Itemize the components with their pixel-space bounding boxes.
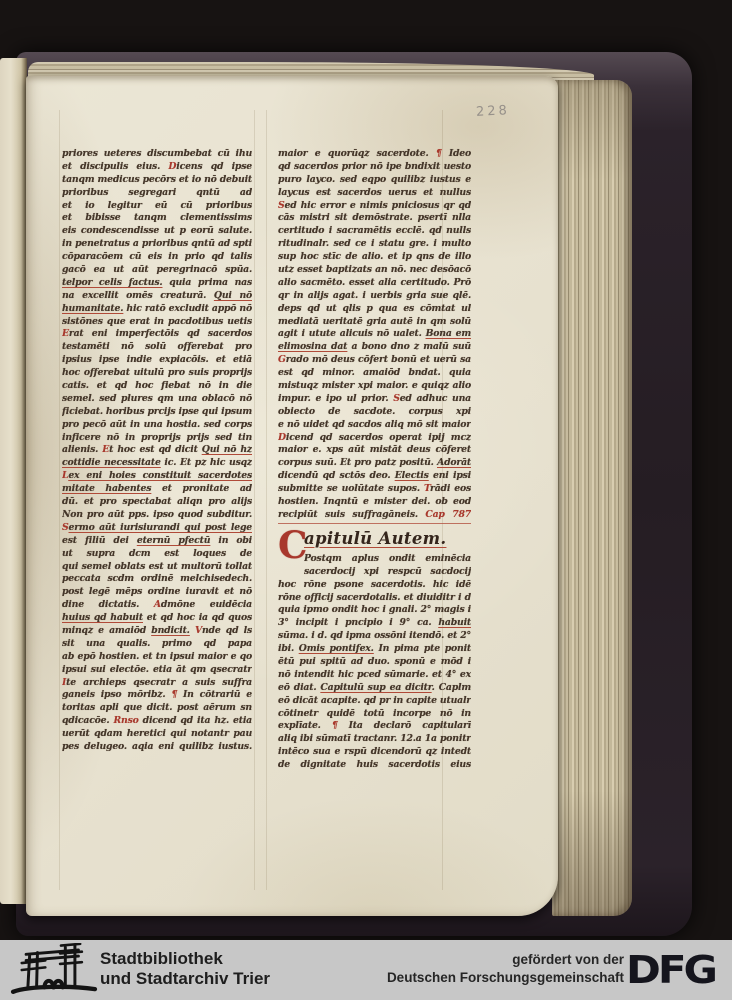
text-column-right: maior e quorūqz sacerdote. ¶ Ideo dixerū… bbox=[278, 148, 471, 772]
manuscript-text-line: ipsius ipse indie expiacōis. et etiā bbox=[62, 354, 252, 367]
manuscript-text-line: e nō uidet qd sacdos aliq mō sit maior i… bbox=[278, 419, 471, 432]
manuscript-text-line: alienis. Et hoc est qd dicit Qui nō hz bbox=[62, 444, 252, 457]
manuscript-text-line: qdicacōe. Rnso dicend qd ita hz. etia bbox=[62, 715, 252, 728]
manuscript-text-line: Sermo aūt iurisiurandi qui post lege bbox=[62, 522, 252, 535]
manuscript-text-line: alio sacmēto. esset alia certitudo. Prō … bbox=[278, 277, 471, 290]
manuscript-text-line: semel. sed plures qm una oblacō nō suf bbox=[62, 393, 252, 406]
manuscript-text-line: Lex eni hoies constituit sacerdotes infi… bbox=[62, 470, 252, 483]
chapter-heading: apitulū Autem. bbox=[278, 527, 471, 553]
library-name-line2: und Stadtarchiv Trier bbox=[100, 969, 270, 989]
manuscript-text-line: cōparacōem cū eis in prio qd talis segre bbox=[62, 251, 252, 264]
manuscript-text-line: deps qd ut qlis p qua es cōmtat ul bbox=[278, 303, 471, 316]
manuscript-text-line: Postqm aplus ondit eminēcia bbox=[304, 553, 471, 566]
manuscript-text-line: ficiebat. horibus prcijs ipse qui ipsum bbox=[62, 406, 252, 419]
dfg-logo: DFG bbox=[626, 948, 726, 992]
manuscript-text-line: testamēti nō solū offerebat pro peccato bbox=[62, 341, 252, 354]
manuscript-text-line: Non pro aūt pps. ipso quod subditur. bbox=[62, 509, 252, 522]
manuscript-text-line: qr in alijs agat. i uerbis gria sue qlē. bbox=[278, 290, 471, 303]
manuscript-text-line: et bibisse tanqm clementissims medicus bbox=[62, 212, 252, 225]
manuscript-text-line: rōne officij sacerdotalis. et diuiditr i… bbox=[278, 592, 471, 605]
manuscript-text-line: 3° incipit i pncipio i 9° ca. habuit qui… bbox=[278, 617, 471, 630]
facing-page-gutter bbox=[0, 58, 27, 904]
ruling-line-left bbox=[59, 110, 60, 890]
manuscript-text-line: ibi. Omis pontifex. In pima pte ponit m bbox=[278, 643, 471, 656]
right-column-lower-text: Postqm aplus ondit eminēciasacerdocij xp… bbox=[278, 553, 471, 772]
manuscript-text-line: catis. et qd hoc fiebat nō in die bbox=[62, 380, 252, 393]
manuscript-text-line: uerūt qdam heretici qui notantr pau bbox=[62, 728, 252, 741]
library-name-line1: Stadtbibliothek bbox=[100, 949, 270, 969]
manuscript-text-line: sūma. i d. qd ipma ossōni itendō. et 2° … bbox=[278, 630, 471, 643]
manuscript-text-line: sacerdocij xpi respcū sacdocij leuitici … bbox=[304, 566, 471, 579]
library-name: Stadtbibliothek und Stadtarchiv Trier bbox=[100, 949, 270, 989]
footer-bar: Stadtbibliothek und Stadtarchiv Trier ge… bbox=[0, 940, 732, 1000]
ruling-line-divider-a bbox=[254, 110, 255, 890]
manuscript-text-line: agit i utute alicuis nō ualet. Bona em bbox=[278, 328, 471, 341]
manuscript-text-line: dicendū qd sctōs deo. Electis eni ipsi bbox=[278, 470, 471, 483]
manuscript-text-line: ritudinalr. sed ce i statu gre. i multo … bbox=[278, 238, 471, 251]
manuscript-text-line: de dignitate huis sacerdotis eius degibu… bbox=[278, 759, 471, 772]
manuscript-text-line: sistōnes que erat in pacdotibus uetis te… bbox=[62, 316, 252, 329]
manuscript-text-line: minqz e amaiōd bndicit. Vnde qd ls nō bbox=[62, 625, 252, 638]
manuscript-text-line: toritas apli que dicit. post aērum sn ul… bbox=[62, 702, 252, 715]
manuscript-text-line: sit una qualis. primo qd papa cōsecratr bbox=[62, 638, 252, 651]
digitized-manuscript-page: 228 priores ueteres discumbebat cū ihuet… bbox=[0, 0, 732, 1000]
manuscript-text-line: Grado mō deus cōfert bonū et uerū sa bbox=[278, 354, 471, 367]
manuscript-text-line: prioribus segregari qntū ad couersacōem bbox=[62, 187, 252, 200]
manuscript-text-line: priores ueteres discumbebat cū ihu bbox=[62, 148, 252, 161]
manuscript-text-line: sup hoc stīc de alio. et ip qns de illo … bbox=[278, 251, 471, 264]
manuscript-text-line: ipsui sui electōe. etia āt qm qsecratr s… bbox=[62, 664, 252, 677]
manuscript-text-line: ētū pui spitū ad duo. sponū e mōd i diui… bbox=[278, 656, 471, 669]
manuscript-text-line: impur. e ipo ul prior. Sed adhuc una bbox=[278, 393, 471, 406]
manuscript-text-line: nō intendit hic pced sūmarie. et 4° ex bbox=[278, 669, 471, 682]
manuscript-text-line: pes delugeo. aqia eni quilibz iustus. bbox=[62, 741, 252, 754]
manuscript-text-line: corpus suū. Et pro patz positū. Adorāt bbox=[278, 457, 471, 470]
manuscript-text-line: huius qd habuit et qd hoc ia qd quos bbox=[62, 612, 252, 625]
manuscript-text-line: quia ipmo ondit hoc i gnali. 2° magis i … bbox=[278, 604, 471, 617]
manuscript-text-line: utz esset baptizats an nō. nec desōacō bbox=[278, 264, 471, 277]
manuscript-text-line: recipiūt suis suffragāneis. Cap 787 bbox=[278, 509, 471, 522]
manuscript-text-line: Erat eni imperfectōis qd sacerdos uetis bbox=[62, 328, 252, 341]
manuscript-text-line: ab epō hostien. et tn ipsui maior e qo bbox=[62, 651, 252, 664]
manuscript-text-line: inficere nō in proprijs prijs sed tin pr… bbox=[62, 432, 252, 445]
manuscript-text-line: dine dictatis. Admōne euidēcia bbox=[62, 599, 252, 612]
manuscript-text-line: et discipulis eius. Dicens qd ipse uenit bbox=[62, 161, 252, 174]
manuscript-text-line: ut supra dcm est loques de sacerdocio xp… bbox=[62, 548, 252, 561]
manuscript-text-line: post legē mēps ordine iuravit et nō peni bbox=[62, 586, 252, 599]
manuscript-text-line: eis condescendisse ut p eorū salute. fui… bbox=[62, 225, 252, 238]
manuscript-text-line: hoc offerebat uitulū pro suis proprijs p… bbox=[62, 367, 252, 380]
manuscript-text-line: mistuqz mister xpi maior. e quiqz alio bbox=[278, 380, 471, 393]
manuscript-text-line: peccata scdm ordinē melchisedech. et io bbox=[62, 573, 252, 586]
manuscript-text-line: laycus est sacerdos uerus et nullus aliu… bbox=[278, 187, 471, 200]
manuscript-text-line: in penetratus a prioribus qntū ad spti bbox=[62, 238, 252, 251]
manuscript-text-line: ganeis ipso mōribz. ¶ In cōtrariū e auc bbox=[62, 689, 252, 702]
manuscript-text-line: est filiū dei eternū pfectū in obi diuin… bbox=[62, 535, 252, 548]
funding-credit-line2: Deutschen Forschungsgemeinschaft bbox=[387, 969, 624, 987]
chapter-initial: C bbox=[278, 527, 304, 567]
manuscript-text-line: eō diat. Capitulū sup ea dicitr. Caplm bbox=[278, 682, 471, 695]
manuscript-text-line: aliq ibi sūmatī tractanr. 12.a 1a ponitr bbox=[278, 733, 471, 746]
manuscript-text-line: cottidie necessitate ic. Et pz hic usqz … bbox=[62, 457, 252, 470]
manuscript-text-line: qd sacerdos prior nō ipe bndixit uesto e… bbox=[278, 161, 471, 174]
manuscript-text-line: maior e quorūqz sacerdote. ¶ Ideo dixerū… bbox=[278, 148, 471, 161]
manuscript-text-line: mitate habentes et pronitate ad pecca bbox=[62, 483, 252, 496]
page-edges-stack-right bbox=[552, 80, 632, 916]
manuscript-text-line: na excellit omēs creaturā. Qui nō bbox=[62, 290, 252, 303]
manuscript-text-line: Sed hic error e nimis pniciosus qr qd pa… bbox=[278, 200, 471, 213]
ruling-line-divider-b bbox=[266, 110, 267, 890]
manuscript-text-line: gacō ea ut aūt peregrinacō spūa. Ergo bbox=[62, 264, 252, 277]
right-column-upper-text: maior e quorūqz sacerdote. ¶ Ideo dixerū… bbox=[278, 148, 471, 522]
manuscript-text-line: puro layco. sed eqpo quilibz iustus e pu… bbox=[278, 174, 471, 187]
manuscript-text-line: certitudo i sacramētis ecclē. qd nulls s… bbox=[278, 225, 471, 238]
manuscript-photo: 228 priores ueteres discumbebat cū ihuet… bbox=[0, 0, 732, 940]
manuscript-text-line: dū. et pro spectabat aliqn pro alijs hoc… bbox=[62, 496, 252, 509]
manuscript-text-line: est qd minor. amaiōd bndat. quia qlbet bbox=[278, 367, 471, 380]
manuscript-text-line: humanitate. hic ratō excludit appō nō bbox=[62, 303, 252, 316]
manuscript-text-line: eō dicāt acapite. qd pr in capite utualr bbox=[278, 695, 471, 708]
manuscript-text-line: hostien. Inqntū e mister dei. ob eod mō bbox=[278, 496, 471, 509]
manuscript-text-line: mediatā ueritatē gria autē in qm solū bbox=[278, 316, 471, 329]
manuscript-text-line: Dicend qd sacerdos operat ipij mcz qua bbox=[278, 432, 471, 445]
manuscript-text-line: hoc rōne psone sacerdotis. hic idē ondit bbox=[278, 579, 471, 592]
funding-credit: gefördert von der Deutschen Forschungsge… bbox=[387, 951, 624, 987]
manuscript-text-line: tanqm medicus pecōrs et io nō debuit a bbox=[62, 174, 252, 187]
manuscript-text-line: pro pecō aūt in una hostia. sed corps qu… bbox=[62, 419, 252, 432]
manuscript-text-line: et io legitur eū cū prioribus comedisse bbox=[62, 200, 252, 213]
funding-credit-line1: gefördert von der bbox=[387, 951, 624, 969]
manuscript-text-line: explīate. ¶ Ita declarō capitularī dicāt… bbox=[278, 720, 471, 733]
manuscript-text-line: Ite archieps qsecratr a suis suffra bbox=[62, 677, 252, 690]
manuscript-text-line: cās mistri sit demōstrate. psertī nlla ē… bbox=[278, 212, 471, 225]
chapter-section: C apitulū Autem. Postqm aplus ondit emin… bbox=[278, 527, 471, 772]
manuscript-text-line: submitte se uolūtate supos. Trādi eos bbox=[278, 483, 471, 496]
manuscript-text-line: intēco sua e rspū dicendorū qz intedt bbox=[278, 746, 471, 759]
manuscript-text-line: cōtinetr quidē totū incorpe nō in formal… bbox=[278, 708, 471, 721]
text-column-left: priores ueteres discumbebat cū ihuet dis… bbox=[62, 148, 252, 754]
stadtbibliothek-trier-logo-icon bbox=[10, 943, 98, 997]
manuscript-text-line: qui semel oblats est ut multorū tollat bbox=[62, 561, 252, 574]
manuscript-text-line: obiecto de sacdote. corpus xpi qficende. bbox=[278, 406, 471, 419]
manuscript-text-line: maior e. xps aūt mistāt deus cōferet bbox=[278, 444, 471, 457]
manuscript-page: 228 priores ueteres discumbebat cū ihuet… bbox=[26, 76, 558, 916]
manuscript-text-line: elimosina dat a bono dno z malū suū puā bbox=[278, 341, 471, 354]
manuscript-text-line: telpor celis factus. quia prima nas diui bbox=[62, 277, 252, 290]
folio-number: 228 bbox=[476, 103, 511, 120]
